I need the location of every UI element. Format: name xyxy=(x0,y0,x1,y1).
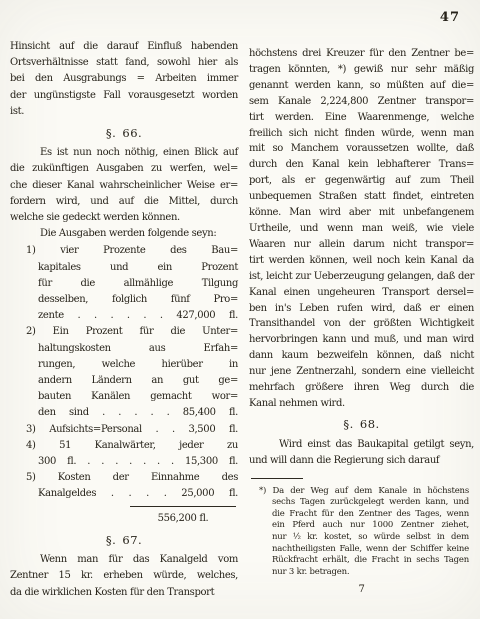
book-page: 47 Hinsicht auf die darauf Einfluß haben… xyxy=(0,0,480,619)
text-line: könne. Man wird aber mit unbefangenem xyxy=(249,205,474,221)
text-line: kapitales und ein Prozent xyxy=(38,260,238,276)
text-line: 5) Kosten der Einnahme des xyxy=(26,470,238,486)
text-line: rungen, welche hierüber in xyxy=(38,357,238,373)
text-line: 1) vier Prozente des Bau= xyxy=(26,243,238,259)
text-line: 3) Aufsichts=Personal . . 3,500 fl. xyxy=(26,422,238,438)
text-line: 4) 51 Kanalwärter, jeder zu xyxy=(26,438,238,454)
text-line: durch den Kanal kein lebhafterer Trans= xyxy=(249,157,474,173)
paragraph-continuation-right: höchstens drei Kreuzer für den Zentner b… xyxy=(249,46,474,412)
paragraph-section-68: Wird einst das Baukapital getilgt seyn,u… xyxy=(249,437,474,469)
text-line: desselben, folglich fünf Pro= xyxy=(38,292,238,308)
expenses-total-amount: 556,200 fl. xyxy=(130,506,236,527)
text-line: und will dann die Regierung sich darauf xyxy=(249,453,474,469)
text-line: unbequemen Straßen statt findet, eintret… xyxy=(249,189,474,205)
text-line: sechs Tagen zurückgelegt werden kann, un… xyxy=(259,497,469,509)
text-line: Kanal einen ungeheuren Transport dersel= xyxy=(249,285,474,301)
text-line: mehrfach größere ihren Weg durch die xyxy=(249,380,474,396)
footnote-separator xyxy=(251,478,303,479)
text-line: nur 3 kr. betragen. xyxy=(259,567,469,579)
text-line: der ungünstigste Fall vorausgesetzt word… xyxy=(10,88,238,104)
text-line: tragen könnten, *) gewiß nur sehr mäßig xyxy=(249,62,474,78)
text-line: Urtheile, und wenn man weiß, wie viele xyxy=(249,221,474,237)
text-line: tirt werden. Eine Waarenmenge, welche xyxy=(249,110,474,126)
text-line: haltungskosten aus Erfah= xyxy=(38,341,238,357)
expense-list: 1) vier Prozente des Bau=kapitales und e… xyxy=(10,243,238,502)
text-line: nur ½ kr. kostet, so würde selbst in dem xyxy=(259,532,469,544)
text-line: die Fracht für den Zentner des Tages, we… xyxy=(259,509,469,521)
paragraph-continuation-left: Hinsicht auf die darauf Einfluß habenden… xyxy=(10,39,238,120)
text-line: 2) Ein Prozent für die Unter= xyxy=(26,324,238,340)
signature-mark: 7 xyxy=(249,582,474,598)
text-line: die zukünftigen Ausgaben zu werfen, wel= xyxy=(10,161,238,177)
text-line: ist. xyxy=(10,104,238,120)
text-line: mit so Manchem voraussetzen wollte, daß xyxy=(249,141,474,157)
section-heading-68: §. 68. xyxy=(249,417,474,433)
text-line: Es ist nun noch nöthig, einen Blick auf xyxy=(10,145,238,161)
text-line: fordern wird, und auf die Mittel, durch xyxy=(10,194,238,210)
right-column: höchstens drei Kreuzer für den Zentner b… xyxy=(249,46,474,598)
text-line: Rückfracht erhält, die Fracht in sechs T… xyxy=(259,555,469,567)
text-line: nur jene Zentnerzahl, sondern eine viell… xyxy=(249,364,474,380)
text-line: sem Kanale 2,224,800 Zentner transpor= xyxy=(249,94,474,110)
expenses-total-row: 556,200 fl. xyxy=(10,506,236,527)
expense-item-2: 2) Ein Prozent für die Unter=haltungskos… xyxy=(10,324,238,421)
text-line: Hinsicht auf die darauf Einfluß habenden xyxy=(10,39,238,55)
expense-item-1: 1) vier Prozente des Bau=kapitales und e… xyxy=(10,243,238,324)
text-line: port, als er gegenwärtig auf zum Theil xyxy=(249,173,474,189)
left-column: Hinsicht auf die darauf Einfluß habenden… xyxy=(10,39,238,601)
text-line: Zentner 15 kr. erheben würde, welches, xyxy=(10,568,238,584)
page-number: 47 xyxy=(440,10,460,25)
text-line: ist, leicht zur Ueberzeugung gelangen, d… xyxy=(249,269,474,285)
text-line: hervorbringen kann und muß, und man wird xyxy=(249,332,474,348)
footnote: *) Da der Weg auf dem Kanale in höchsten… xyxy=(249,486,469,579)
text-line: da die wirklichen Kosten für den Transpo… xyxy=(10,585,238,601)
text-line: nachtheiligsten Falle, wenn der Schiffer… xyxy=(259,544,469,556)
text-line: welche sie gedeckt werden können. xyxy=(10,210,238,226)
expenses-intro-line: Die Ausgaben werden folgende seyn: xyxy=(10,226,238,242)
text-line: Transithandel von der größten Wichtigkei… xyxy=(249,316,474,332)
text-line: Wenn man für das Kanalgeld vom xyxy=(10,552,238,568)
text-line: 300 fl. . . . . . . . 15,300 fl. xyxy=(38,454,238,470)
text-line: tirt werden können, weil noch kein Kanal… xyxy=(249,253,474,269)
text-line: dann kaum bezweifeln können, daß nicht xyxy=(249,348,474,364)
text-line: che dieser Kanal wahrscheinlicher Weise … xyxy=(10,178,238,194)
expense-item-3: 3) Aufsichts=Personal . . 3,500 fl. xyxy=(10,422,238,438)
text-line: Kanalgeldes . . . . 25,000 fl. xyxy=(38,486,238,502)
text-line: freilich sich nicht finden würde, wenn m… xyxy=(249,126,474,142)
paragraph-section-66: Es ist nun noch nöthig, einen Blick aufd… xyxy=(10,145,238,226)
text-line: ben in's Leben rufen wird, daß er einen xyxy=(249,301,474,317)
expense-item-4: 4) 51 Kanalwärter, jeder zu300 fl. . . .… xyxy=(10,438,238,470)
text-line: Ortsverhältnisse statt fand, sowohl hier… xyxy=(10,55,238,71)
text-line: Wird einst das Baukapital getilgt seyn, xyxy=(249,437,474,453)
text-line: ein Pferd auch nur 1000 Zentner ziehet, xyxy=(259,520,469,532)
expense-item-5: 5) Kosten der Einnahme desKanalgeldes . … xyxy=(10,470,238,502)
text-line: zente . . . . . . 427,000 fl. xyxy=(38,308,238,324)
text-line: höchstens drei Kreuzer für den Zentner b… xyxy=(249,46,474,62)
paragraph-section-67: Wenn man für das Kanalgeld vomZentner 15… xyxy=(10,552,238,601)
text-line: andern Ländern an gut ge= xyxy=(38,373,238,389)
section-heading-67: §. 67. xyxy=(10,532,238,548)
text-line: *) Da der Weg auf dem Kanale in höchsten… xyxy=(259,486,469,498)
text-line: bei den Ausgrabungs = Arbeiten immer xyxy=(10,71,238,87)
text-line: Waaren nur allein darum nicht transpor= xyxy=(249,237,474,253)
section-heading-66: §. 66. xyxy=(10,125,238,141)
text-line: für die allmählige Tilgung xyxy=(38,276,238,292)
text-line: genannt werden kann, so müßten auf die= xyxy=(249,78,474,94)
text-line: den sind . . . . . 85,400 fl. xyxy=(38,405,238,421)
text-line: Kanal nehmen wird. xyxy=(249,396,474,412)
text-line: bauten Kanälen gemacht wor= xyxy=(38,389,238,405)
